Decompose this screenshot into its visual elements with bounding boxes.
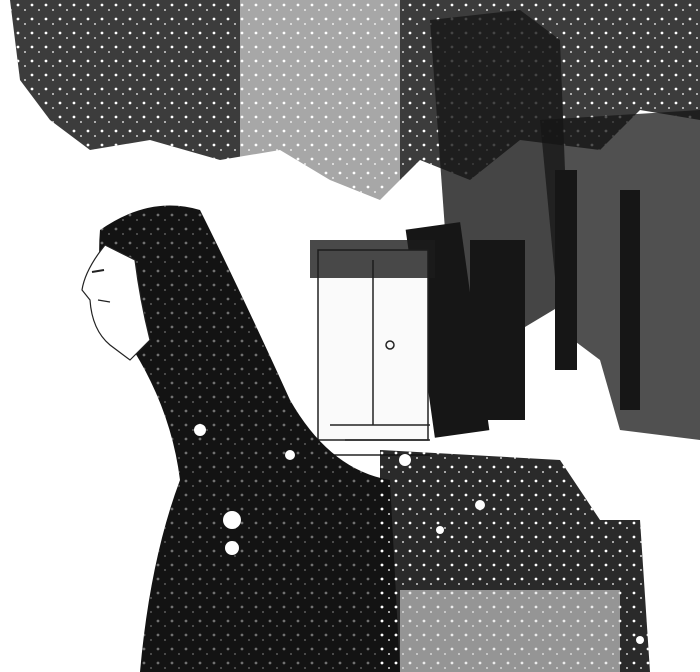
artwork: Black and white monotype print: a figure… [0, 0, 700, 672]
doorway [310, 240, 435, 455]
pale-block [400, 590, 620, 672]
monotype-print [0, 0, 700, 672]
